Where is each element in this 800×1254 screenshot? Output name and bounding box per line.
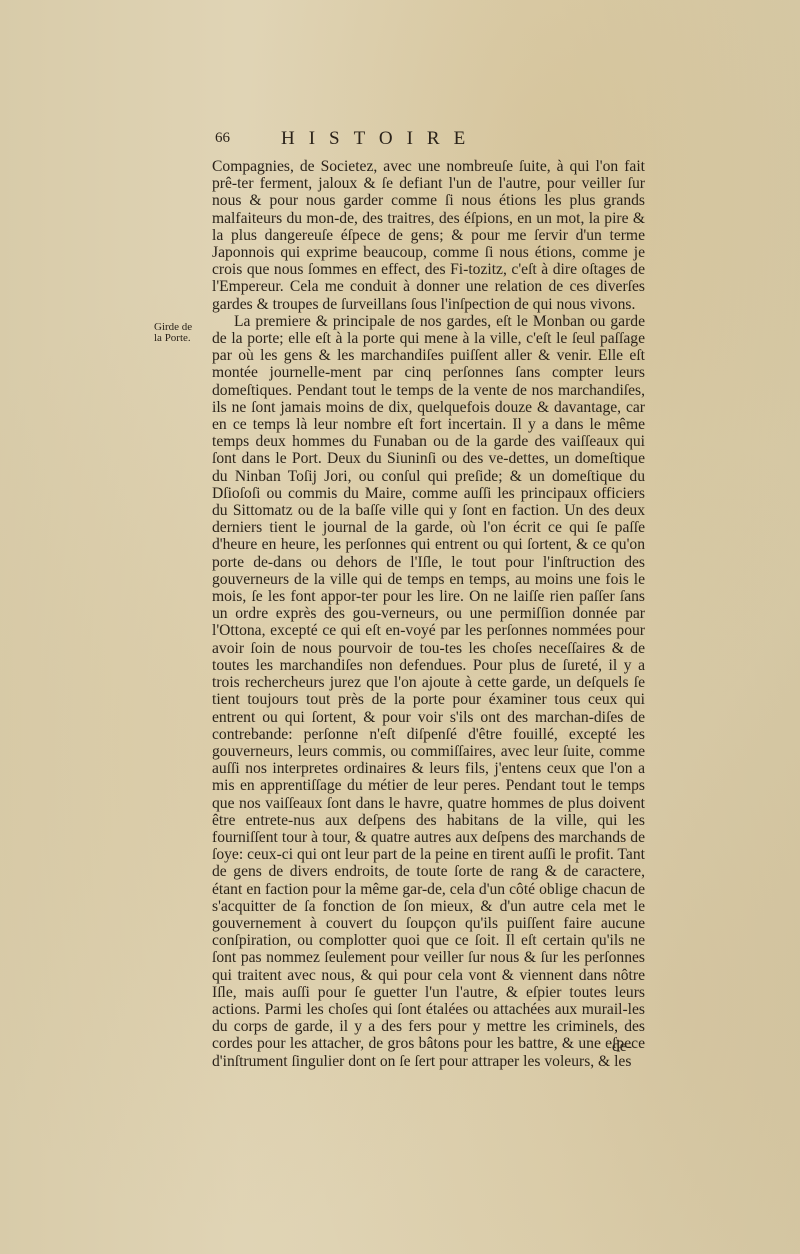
paragraph-2: La premiere & principale de nos gardes, … [212,313,645,1070]
running-title: HISTOIRE [281,128,479,150]
body-text: Compagnies, de Societez, avec une nombre… [212,158,645,1070]
book-page: 66 HISTOIRE Girde de la Porte. Compagnie… [0,0,800,1254]
margin-note-line-2: la Porte. [154,333,206,344]
margin-note: Girde de la Porte. [154,322,206,344]
running-head: 66 HISTOIRE [215,128,635,150]
catchword: de- [612,1038,632,1056]
paragraph-1: Compagnies, de Societez, avec une nombre… [212,158,645,313]
page-number: 66 [215,130,230,147]
